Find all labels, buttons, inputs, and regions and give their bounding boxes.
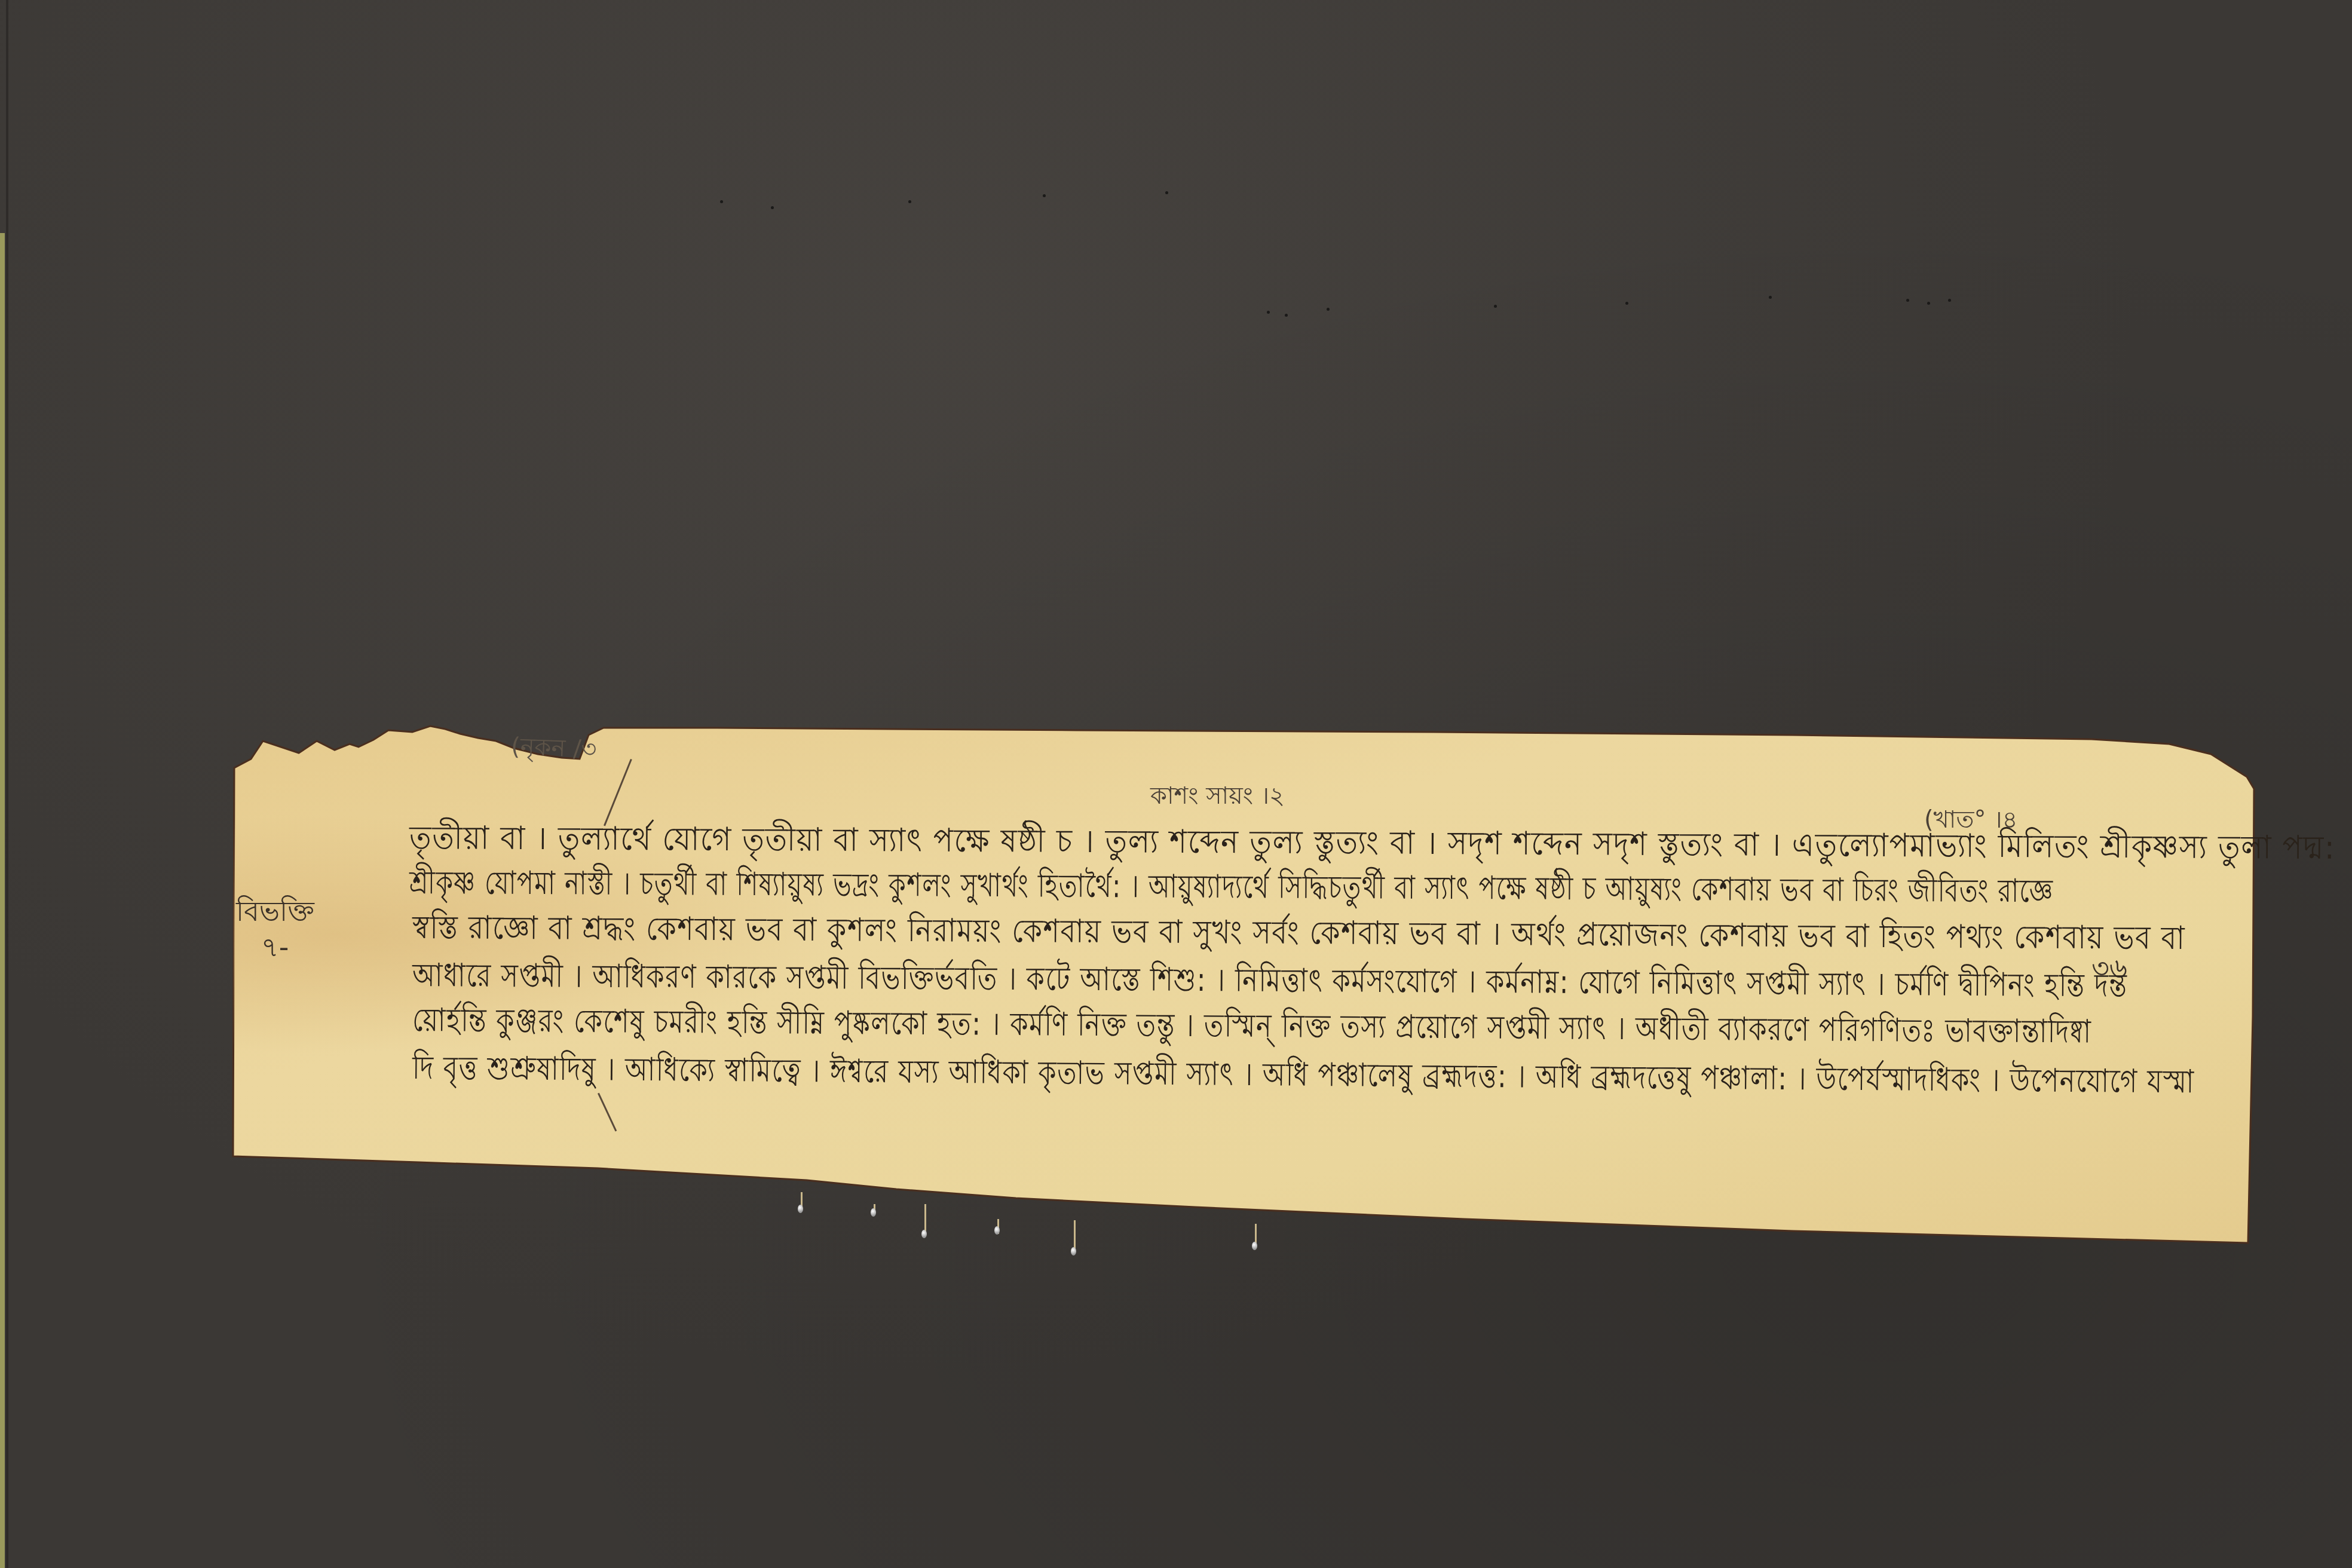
pencil-note-top-left: (নৃকন /৩ [510,728,598,771]
pin-head [1071,1247,1076,1255]
pin-head [798,1205,803,1213]
pencil-note-top-center: কাশং সায়ং ।২ [1150,777,1285,817]
left-margin-note: বিভক্তি ৭- [236,893,314,965]
pin-head [994,1226,1000,1235]
pin-head [871,1208,876,1217]
left-margin-line2: ৭- [236,929,314,965]
pin-head [1252,1242,1257,1250]
pin-head [921,1230,927,1238]
left-margin-line1: বিভক্তি [236,893,314,929]
